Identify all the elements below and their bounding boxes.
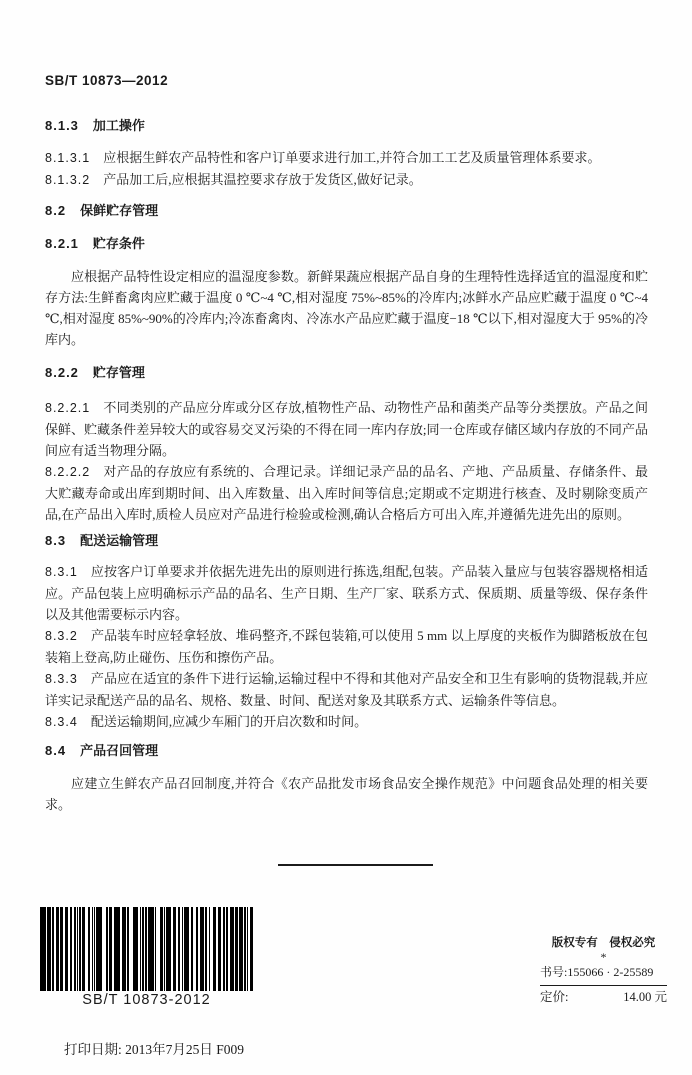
document-page: SB/T 10873—2012 8.1.3加工操作 8.1.3.1应根据生鲜农产… <box>0 0 692 1075</box>
document-body: SB/T 10873—2012 8.1.3加工操作 8.1.3.1应根据生鲜农产… <box>45 0 648 815</box>
clause-number: 8.1.3.2 <box>45 173 90 187</box>
clause-text: 不同类别的产品应分库或分区存放,植物性产品、动物性产品和菌类产品等分类摆放。产品… <box>45 400 648 458</box>
clause-text: 产品加工后,应根据其温控要求存放于发货区,做好记录。 <box>103 172 422 187</box>
clause-text: 对产品的存放应有系统的、合理记录。详细记录产品的品名、产地、产品质量、存储条件、… <box>45 464 648 522</box>
clause-text: 产品应在适宜的条件下进行运输,运输过程中不得和其他对产品安全和卫生有影响的货物混… <box>45 671 648 708</box>
clause-number: 8.2.2.1 <box>45 401 90 415</box>
copyright-notice: 版权专有 侵权必究 <box>540 936 667 950</box>
clause-8-2-2-1: 8.2.2.1不同类别的产品应分库或分区存放,植物性产品、动物性产品和菌类产品等… <box>45 397 648 461</box>
clause-number: 8.3.1 <box>45 565 78 579</box>
clause-8-3-1: 8.3.1应按客户订单要求并依据先进先出的原则进行拣选,组配,包装。产品装入量应… <box>45 561 648 625</box>
section-heading-8-1-3: 8.1.3加工操作 <box>45 118 648 134</box>
clause-number: 8.1.3.1 <box>45 151 90 165</box>
standard-number-header: SB/T 10873—2012 <box>45 73 648 88</box>
clause-number: 8.3.4 <box>45 715 78 729</box>
paragraph-recall: 应建立生鲜农产品召回制度,并符合《农产品批发市场食品安全操作规范》中问题食品处理… <box>45 773 648 815</box>
price-label: 定价: <box>540 990 568 1005</box>
section-title: 贮存管理 <box>93 365 145 380</box>
barcode <box>40 907 253 991</box>
clause-number: 8.3.2 <box>45 629 78 643</box>
section-heading-8-2-1: 8.2.1贮存条件 <box>45 236 648 252</box>
clause-text: 配送运输期间,应减少车厢门的开启次数和时间。 <box>91 714 367 729</box>
section-number: 8.4 <box>45 743 66 758</box>
clause-text: 应按客户订单要求并依据先进先出的原则进行拣选,组配,包装。产品装入量应与包装容器… <box>45 564 648 622</box>
clause-8-1-3-2: 8.1.3.2产品加工后,应根据其温控要求存放于发货区,做好记录。 <box>45 169 648 191</box>
section-heading-8-3: 8.3配送运输管理 <box>45 533 648 549</box>
section-number: 8.3 <box>45 533 66 548</box>
section-title: 贮存条件 <box>93 236 145 251</box>
clause-number: 8.3.3 <box>45 672 78 686</box>
section-number: 8.1.3 <box>45 118 79 133</box>
section-number: 8.2.2 <box>45 365 79 380</box>
barcode-label: SB/T 10873-2012 <box>40 992 253 1008</box>
print-date: 打印日期: 2013年7月25日 F009 <box>64 1041 244 1058</box>
clause-8-1-3-1: 8.1.3.1应根据生鲜农产品特性和客户订单要求进行加工,并符合加工工艺及质量管… <box>45 147 648 169</box>
paragraph-storage-conditions: 应根据产品特性设定相应的温湿度参数。新鲜果蔬应根据产品自身的生理特性选择适宜的温… <box>45 266 648 350</box>
clause-text: 应根据生鲜农产品特性和客户订单要求进行加工,并符合加工工艺及质量管理体系要求。 <box>103 150 600 165</box>
clause-number: 8.2.2.2 <box>45 465 90 479</box>
section-heading-8-2-2: 8.2.2贮存管理 <box>45 365 648 381</box>
clause-8-3-3: 8.3.3产品应在适宜的条件下进行运输,运输过程中不得和其他对产品安全和卫生有影… <box>45 668 648 711</box>
section-title: 配送运输管理 <box>80 533 158 548</box>
section-title: 保鲜贮存管理 <box>80 203 158 218</box>
section-title: 产品召回管理 <box>80 743 158 758</box>
star-separator: * <box>540 952 667 963</box>
clause-text: 产品装车时应轻拿轻放、堆码整齐,不踩包装箱,可以使用 5 mm 以上厚度的夹板作… <box>45 628 648 665</box>
clause-8-3-2: 8.3.2产品装车时应轻拿轻放、堆码整齐,不踩包装箱,可以使用 5 mm 以上厚… <box>45 625 648 668</box>
section-number: 8.2 <box>45 203 66 218</box>
section-heading-8-2: 8.2保鲜贮存管理 <box>45 203 648 219</box>
clause-8-2-2-2: 8.2.2.2对产品的存放应有系统的、合理记录。详细记录产品的品名、产地、产品质… <box>45 461 648 525</box>
clause-8-3-4: 8.3.4配送运输期间,应减少车厢门的开启次数和时间。 <box>45 711 648 733</box>
end-of-text-rule <box>278 864 433 866</box>
section-title: 加工操作 <box>93 118 145 133</box>
section-number: 8.2.1 <box>45 236 79 251</box>
section-heading-8-4: 8.4产品召回管理 <box>45 743 648 759</box>
book-number: 书号:155066 · 2-25589 <box>540 965 667 986</box>
price-value: 14.00 元 <box>623 990 667 1005</box>
price-row: 定价: 14.00 元 <box>540 990 667 1005</box>
publication-info-block: 版权专有 侵权必究 * 书号:155066 · 2-25589 定价: 14.0… <box>540 936 667 1005</box>
